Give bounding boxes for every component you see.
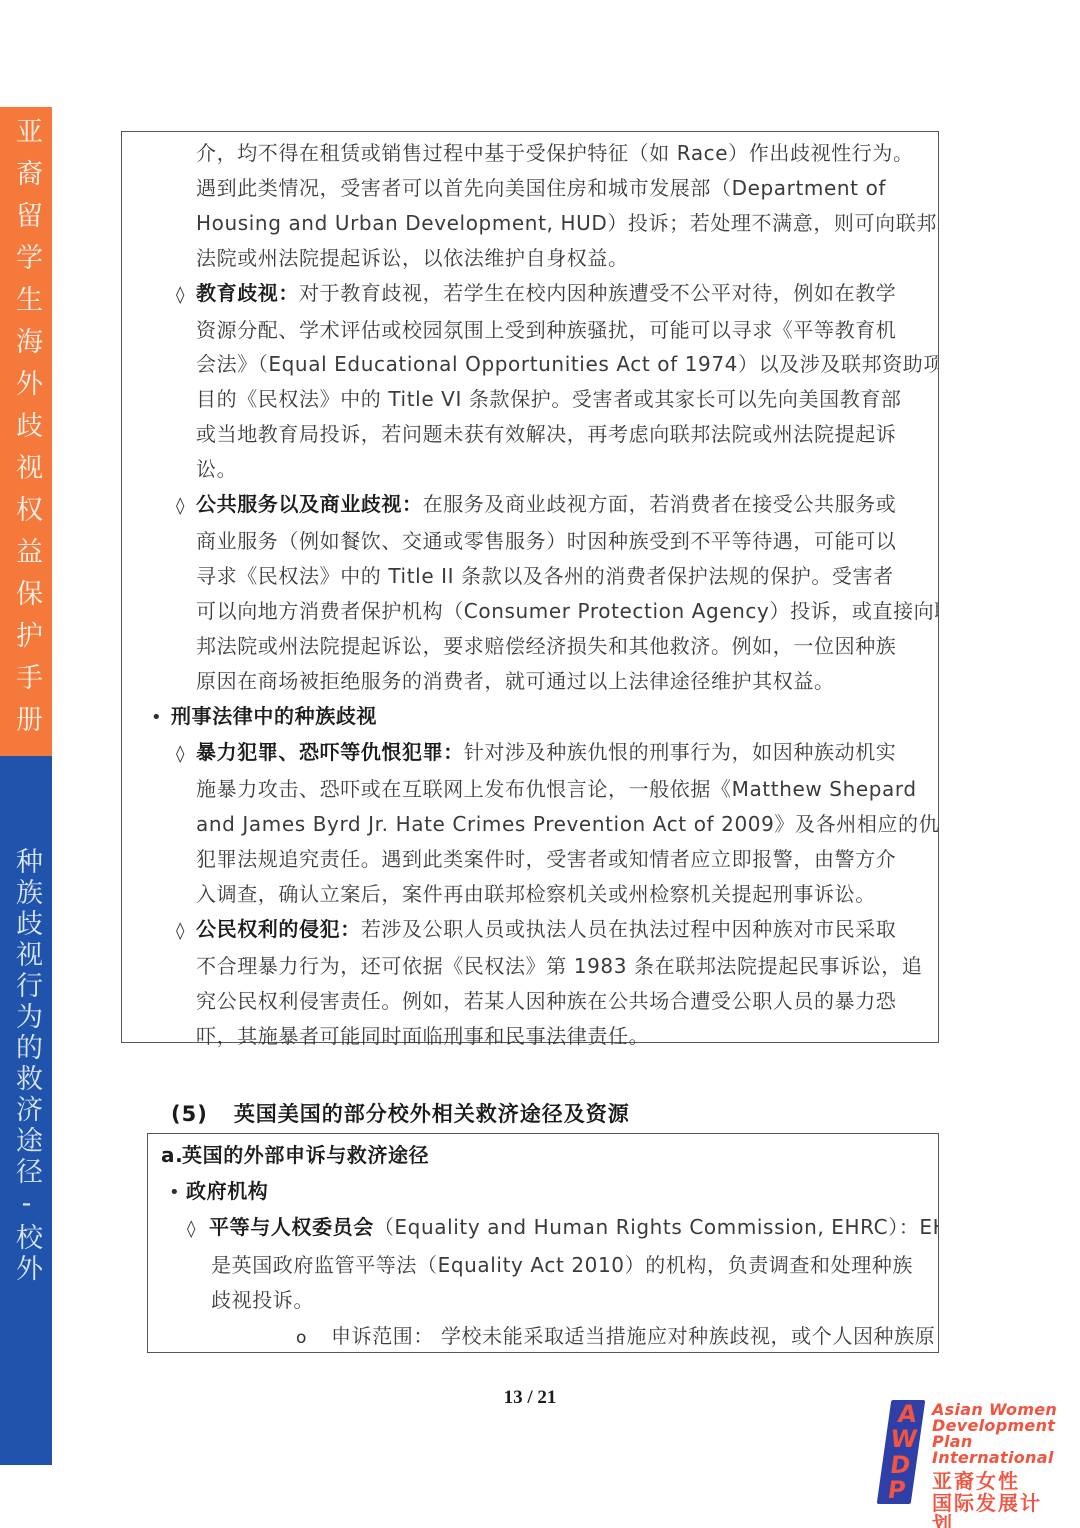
logo-cn-line: 国际发展计划 (932, 1493, 1062, 1528)
diamond-marker: ◊ (176, 278, 196, 313)
text-segment: Housing and Urban Development, HUD）投诉；若处… (196, 206, 938, 241)
logo-letter: P (886, 1478, 907, 1502)
text-line: Housing and Urban Development, HUD）投诉；若处… (122, 206, 938, 241)
bold-text-segment: 英国的外部申诉与救济途径 (182, 1138, 429, 1174)
text-line: ◊教育歧视：对于教育歧视，若学生在校内因种族遭受不公平对待，例如在教学 (122, 276, 938, 313)
bold-text-segment: 政府机构 (186, 1174, 268, 1210)
text-segment: 在服务及商业歧视方面，若消费者在接受公共服务或 (423, 487, 897, 522)
list-marker: o (296, 1321, 331, 1357)
content-box-us-remedies: 介，均不得在租赁或销售过程中基于受保护特征（如 Race）作出歧视性行为。遇到此… (121, 131, 939, 1043)
text-line: 入调查，确认立案后，案件再由联邦检察机关或州检察机关提起刑事诉讼。 (122, 877, 938, 912)
text-line: 寻求《民权法》中的 Title II 条款以及各州的消费者保护法规的保护。受害者 (122, 559, 938, 594)
diamond-marker: ◊ (176, 914, 196, 949)
text-line: 是英国政府监管平等法（Equality Act 2010）的机构，负责调查和处理… (148, 1248, 938, 1284)
logo-letter: A (896, 1402, 918, 1426)
bold-text-segment: 刑事法律中的种族歧视 (171, 699, 377, 734)
text-segment: 针对涉及种族仇恨的刑事行为，如因种族动机实 (464, 735, 897, 770)
diamond-marker: ◊ (176, 737, 196, 772)
text-line: 遇到此类情况，受害者可以首先向美国住房和城市发展部（Department of (122, 171, 938, 206)
section-5-number: (5) (171, 1102, 208, 1126)
awdp-logo-text: Asian Women Development Plan Internation… (932, 1402, 1062, 1528)
text-segment: （Equality and Human Rights Commission, E… (374, 1210, 938, 1246)
text-segment: 会法》（Equal Educational Opportunities Act … (196, 347, 938, 382)
text-line: 不合理暴力行为，还可依据《民权法》第 1983 条在联邦法院提起民事诉讼，追 (122, 949, 938, 984)
text-segment: 不合理暴力行为，还可依据《民权法》第 1983 条在联邦法院提起民事诉讼，追 (196, 949, 922, 984)
bold-text-segment: 公共服务以及商业歧视： (196, 487, 423, 522)
text-line: ◊公共服务以及商业歧视：在服务及商业歧视方面，若消费者在接受公共服务或 (122, 487, 938, 524)
text-line: •刑事法律中的种族歧视 (122, 699, 938, 736)
chapter-title-vertical-text: 种族歧视行为的救济途径-校外 (0, 847, 52, 1285)
text-segment: 商业服务（例如餐饮、交通或零售服务）时因种族受到不平等待遇，可能可以 (196, 524, 896, 559)
text-line: 介，均不得在租赁或销售过程中基于受保护特征（如 Race）作出歧视性行为。 (122, 136, 938, 171)
text-segment: 遇到此类情况，受害者可以首先向美国住房和城市发展部（Department of (196, 171, 886, 206)
sidebar-chapter-title-bar: 种族歧视行为的救济途径-校外 (0, 756, 52, 1465)
text-segment: 目的《民权法》中的 Title VI 条款保护。受害者或其家长可以先向美国教育部 (196, 382, 902, 417)
logo-en-line: Development Plan (932, 1418, 1062, 1450)
text-line: •政府机构 (148, 1174, 938, 1211)
logo-letter: W (889, 1427, 919, 1451)
text-line: a.英国的外部申诉与救济途径 (148, 1138, 938, 1174)
text-segment: 资源分配、学术评估或校园氛围上受到种族骚扰，可能可以寻求《平等教育机 (196, 313, 896, 348)
text-line: 法院或州法院提起诉讼，以依法维护自身权益。 (122, 241, 938, 276)
text-segment: 申诉范围： 学校未能采取适当措施应对种族歧视，或个人因种族原 (331, 1319, 935, 1355)
text-line: 资源分配、学术评估或校园氛围上受到种族骚扰，可能可以寻求《平等教育机 (122, 313, 938, 348)
logo-letter: D (889, 1453, 912, 1477)
logo-en-line: International (932, 1450, 1062, 1466)
text-line: 邦法院或州法院提起诉讼，要求赔偿经济损失和其他救济。例如，一位因种族 (122, 629, 938, 664)
logo-cn-line: 亚裔女性 (932, 1471, 1062, 1493)
handbook-title-vertical-text: 亚裔留学生海外歧视权益保护手册 (0, 117, 52, 747)
diamond-marker: ◊ (176, 489, 196, 524)
text-segment: 介，均不得在租赁或销售过程中基于受保护特征（如 Race）作出歧视性行为。 (196, 136, 914, 171)
page-number: 13 / 21 (121, 1387, 939, 1409)
diamond-marker: ◊ (187, 1212, 209, 1248)
text-line: ◊平等与人权委员会（Equality and Human Rights Comm… (148, 1210, 938, 1248)
text-line: and James Byrd Jr. Hate Crimes Preventio… (122, 807, 938, 842)
text-segment: and James Byrd Jr. Hate Crimes Preventio… (196, 807, 938, 842)
text-line: 商业服务（例如餐饮、交通或零售服务）时因种族受到不平等待遇，可能可以 (122, 524, 938, 559)
text-line: 原因在商场被拒绝服务的消费者，就可通过以上法律途径维护其权益。 (122, 664, 938, 699)
text-segment: 法院或州法院提起诉讼，以依法维护自身权益。 (196, 241, 629, 276)
bullet-marker: • (151, 701, 171, 736)
text-line: 会法》（Equal Educational Opportunities Act … (122, 347, 938, 382)
text-line: 究公民权利侵害责任。例如，若某人因种族在公共场合遭受公职人员的暴力恐 (122, 984, 938, 1019)
bold-text-segment: 平等与人权委员会 (209, 1210, 374, 1246)
text-segment: 可以向地方消费者保护机构（Consumer Protection Agency）… (196, 594, 938, 629)
text-segment: 犯罪法规追究责任。遇到此类案件时，受害者或知情者应立即报警，由警方介 (196, 842, 896, 877)
text-line: ◊公民权利的侵犯：若涉及公职人员或执法人员在执法过程中因种族对市民采取 (122, 912, 938, 949)
text-line: 目的《民权法》中的 Title VI 条款保护。受害者或其家长可以先向美国教育部 (122, 382, 938, 417)
text-segment: 对于教育歧视，若学生在校内因种族遭受不公平对待，例如在教学 (299, 276, 896, 311)
text-segment: 入调查，确认立案后，案件再由联邦检察机关或州检察机关提起刑事诉讼。 (196, 877, 876, 912)
section-5-heading: (5) 英国美国的部分校外相关救济途径及资源 (171, 1098, 630, 1128)
section-5-title: 英国美国的部分校外相关救济途径及资源 (234, 1098, 630, 1128)
text-line: 吓，其施暴者可能同时面临刑事和民事法律责任。 (122, 1019, 938, 1054)
sidebar-handbook-title-bar: 亚裔留学生海外歧视权益保护手册 (0, 107, 52, 756)
text-segment: 是英国政府监管平等法（Equality Act 2010）的机构，负责调查和处理… (211, 1248, 913, 1284)
text-line: 或当地教育局投诉，若问题未获有效解决，再考虑向联邦法院或州法院提起诉 (122, 417, 938, 452)
text-segment: 若涉及公职人员或执法人员在执法过程中因种族对市民采取 (361, 912, 897, 947)
text-line: 歧视投诉。 (148, 1283, 938, 1319)
text-segment: 邦法院或州法院提起诉讼，要求赔偿经济损失和其他救济。例如，一位因种族 (196, 629, 896, 664)
text-segment: 或当地教育局投诉，若问题未获有效解决，再考虑向联邦法院或州法院提起诉 (196, 417, 896, 452)
text-line: 施暴力攻击、恐吓或在互联网上发布仇恨言论，一般依据《Matthew Shepar… (122, 772, 938, 807)
text-segment: 吓，其施暴者可能同时面临刑事和民事法律责任。 (196, 1019, 649, 1054)
document-page: 亚裔留学生海外歧视权益保护手册 种族歧视行为的救济途径-校外 介，均不得在租赁或… (0, 0, 1080, 1528)
text-segment: 究公民权利侵害责任。例如，若某人因种族在公共场合遭受公职人员的暴力恐 (196, 984, 896, 1019)
text-segment: 歧视投诉。 (211, 1283, 314, 1319)
bold-text-segment: 教育歧视： (196, 276, 299, 311)
text-segment: 施暴力攻击、恐吓或在互联网上发布仇恨言论，一般依据《Matthew Shepar… (196, 772, 917, 807)
text-line: 讼。 (122, 452, 938, 487)
text-segment: 原因在商场被拒绝服务的消费者，就可通过以上法律途径维护其权益。 (196, 664, 835, 699)
list-marker: a. (161, 1138, 182, 1174)
bullet-marker: • (169, 1175, 186, 1211)
text-segment: 寻求《民权法》中的 Title II 条款以及各州的消费者保护法规的保护。受害者 (196, 559, 894, 594)
text-segment: 讼。 (196, 452, 237, 487)
content-box-uk-remedies: a.英国的外部申诉与救济途径•政府机构◊平等与人权委员会（Equality an… (147, 1133, 939, 1353)
awdp-logo: AWDP Asian Women Development Plan Intern… (882, 1396, 1062, 1516)
text-line: ◊暴力犯罪、恐吓等仇恨犯罪：针对涉及种族仇恨的刑事行为，如因种族动机实 (122, 735, 938, 772)
bold-text-segment: 暴力犯罪、恐吓等仇恨犯罪： (196, 735, 464, 770)
bold-text-segment: 公民权利的侵犯： (196, 912, 361, 947)
text-line: o申诉范围： 学校未能采取适当措施应对种族歧视，或个人因种族原 (148, 1319, 938, 1357)
text-line: 犯罪法规追究责任。遇到此类案件时，受害者或知情者应立即报警，由警方介 (122, 842, 938, 877)
text-line: 可以向地方消费者保护机构（Consumer Protection Agency）… (122, 594, 938, 629)
